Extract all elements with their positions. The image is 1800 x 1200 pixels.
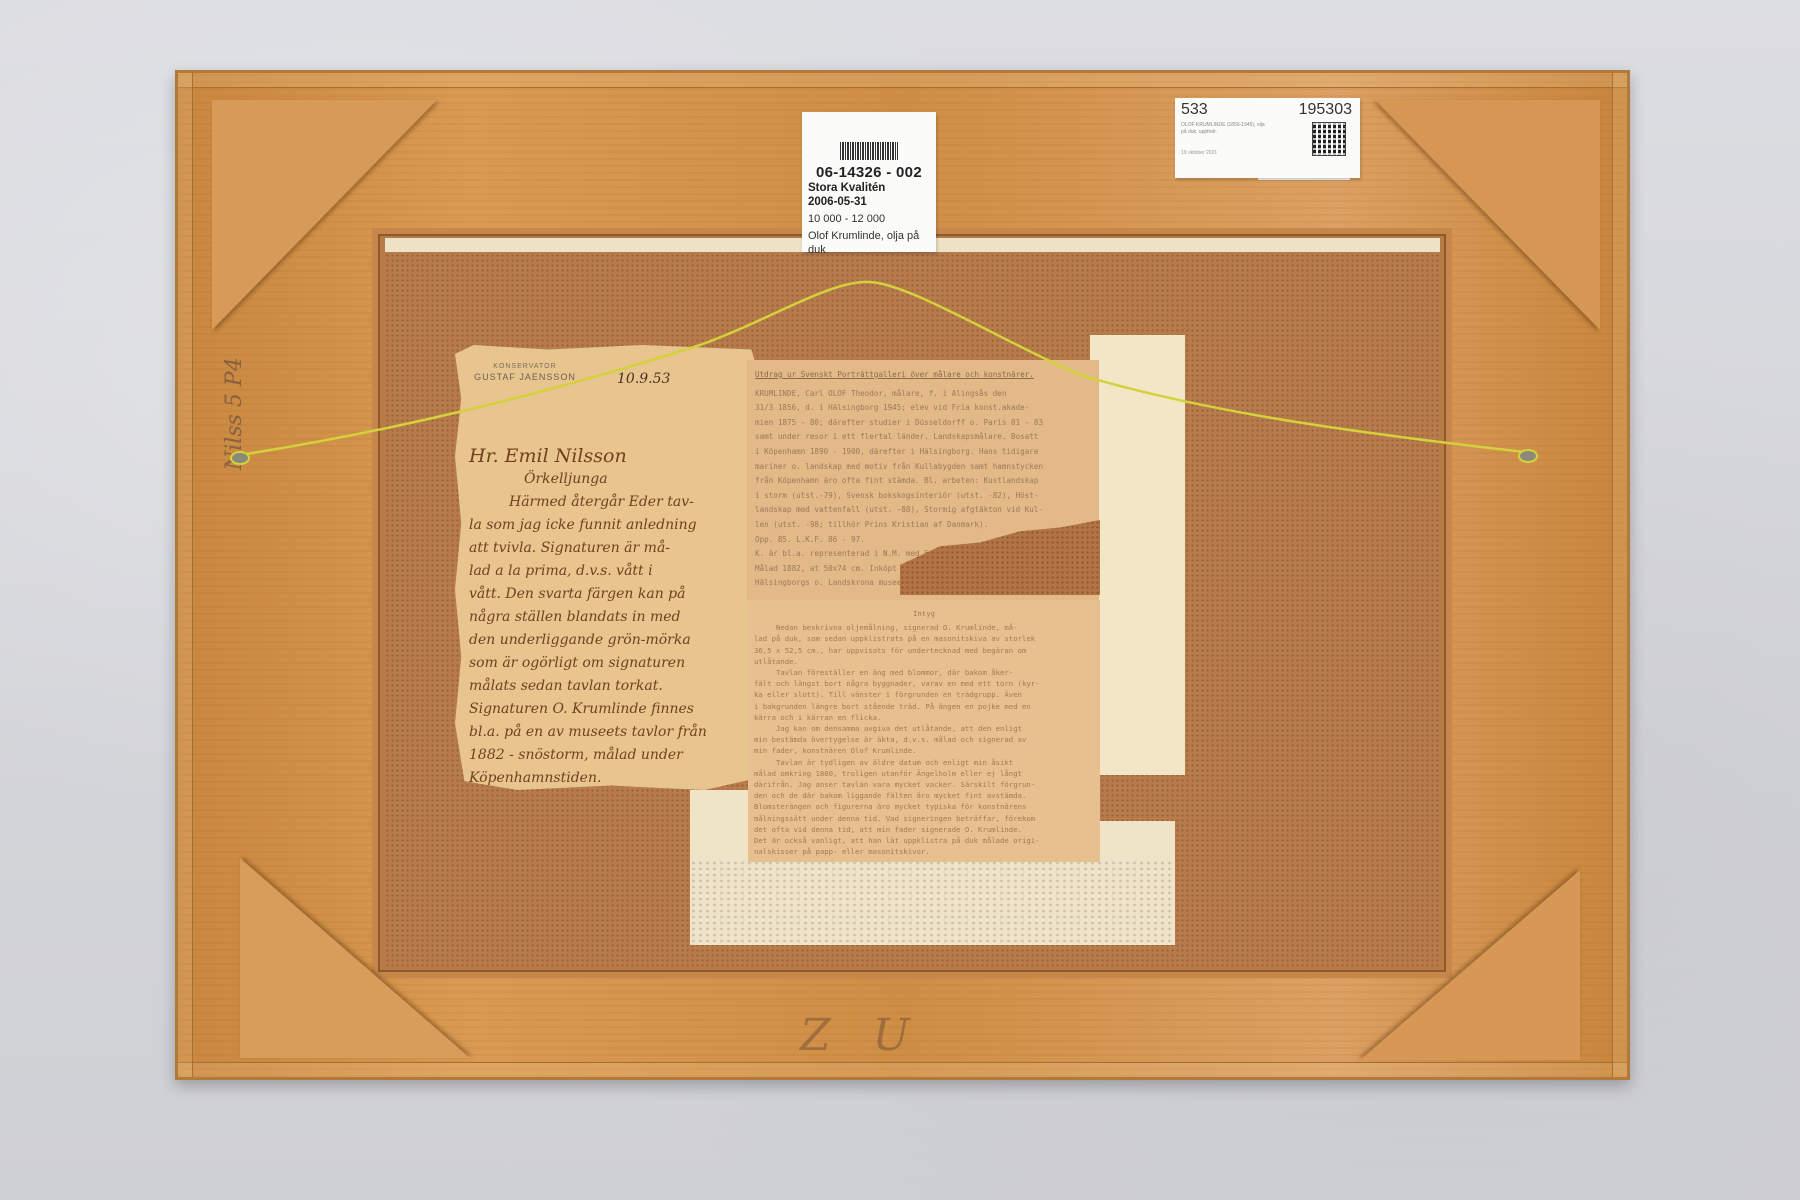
qr-code-icon [1312,122,1346,156]
certificate-line: min fader, konstnären Olof Krumlinde. [754,745,1094,756]
excerpt-line: i storm (utst.-79), Svensk bokskogsinter… [755,489,1091,504]
pencil-inscription-bottom: Z U [800,1010,924,1061]
certificate-line: Det är också vanligt, att han lät uppkli… [754,835,1094,846]
letter-body: Hr. Emil Nilsson Örkelljunga Härmed åter… [469,445,754,836]
excerpt-line: mariner o. landskap med motiv från Kulla… [755,460,1091,475]
certificate-line: Tavlan är tydligen av äldre datum och en… [754,757,1094,768]
certificate-title: Intyg [754,608,1094,619]
letter-salutation: Hr. Emil Nilsson [469,445,754,468]
letter-line: la som jag icke funnit anledning [469,514,754,537]
certificate-line: därifrån. Jag anser tavlan vara mycket v… [754,779,1094,790]
letter-line: den underliggande grön-mörka [469,629,754,652]
certificate-line: det ofta vid denna tid, att min fader si… [754,824,1094,835]
certificate-line: utlåtande. [754,656,1094,667]
letter-line: bl.a. på en av museets tavlor från [469,721,754,744]
letter-line: Härmed återgår Eder tav- [469,491,754,514]
frame-edge-bottom [178,1062,1627,1077]
barcode-icon [840,142,898,160]
excerpt-line: samt under resor i ett flertal länder. L… [755,430,1091,445]
certificate-line: min bestämda övertygelse är äkta, d.v.s.… [754,734,1094,745]
lot-description: Olof Krumlinde, olja på duk [808,229,930,257]
corner-brace-bottom-right [1360,870,1580,1060]
frame-edge-left [178,73,193,1077]
letter-date: 10.9.53 [617,371,670,387]
certificate-line: fält och längst bort några byggnader, va… [754,678,1094,689]
letter-place: Örkelljunga [469,468,754,491]
excerpt-line: från Köpenhamn äro ofta fint stämda. Bl.… [755,474,1091,489]
certificate-line: ka eller slott). Till vänster i förgrund… [754,689,1094,700]
certificate-line: Jag kan om densamma avgiva det utlåtande… [754,723,1094,734]
excerpt-line: KRUMLINDE, Carl OLOF Theodor, målare, f.… [755,387,1091,402]
letter-line: några ställen blandats in med [469,606,754,629]
catalog-label: 533 195303 OLOF KRUMLINDE (1856-1945), o… [1175,98,1360,178]
estimate: 10 000 - 12 000 [808,212,930,226]
catalog-description: OLOF KRUMLINDE (1856-1945), olja på duk,… [1181,122,1266,136]
frame-edge-right [1612,73,1627,1077]
typed-certificate: Intyg Nedan beskrivna oljemålning, signe… [748,600,1100,862]
certificate-line: nalskisser på papp- eller masonitskivor. [754,846,1094,857]
letter-line: målats sedan tavlan torkat. [469,675,754,698]
sale-date: 2006-05-31 [808,195,930,209]
corner-brace-bottom-left [240,858,470,1058]
letter-line: lad a la prima, d.v.s. vått i [469,560,754,583]
certificate-line: Tavlan föreställer en äng med blommor, d… [754,667,1094,678]
letter-line: Signaturen O. Krumlinde finnes [469,698,754,721]
corner-brace-top-left [212,100,437,330]
letter-line: 1882 - snöstorm, målad under [469,744,754,767]
excerpt-line: i Köpenhamn 1890 - 1900, därefter i Häls… [755,445,1091,460]
lot-number: 06-14326 - 002 [808,164,930,181]
letter-line: som är ogörligt om signaturen [469,652,754,675]
catalog-date: 19 oktober 2021 [1181,150,1217,156]
certificate-line: i bakgrunden längre bort stående träd. P… [754,701,1094,712]
catalog-number: 533 [1181,101,1208,119]
tape-strip-right [1090,335,1185,775]
certificate-line: målningssätt under denna tid. Vad signer… [754,813,1094,824]
catalog-id: 195303 [1299,101,1352,119]
certificate-line: målad omkring 1880, troligen utanför Äng… [754,768,1094,779]
letterhead-title: KONSERVATOR [455,363,595,370]
pencil-inscription-left: Nilss 5 P4 [222,357,247,470]
excerpt-line: landskap med vattenfall (utst. -88), Sto… [755,503,1091,518]
tape-stain [690,860,1175,945]
letter-line: att tvivla. Signaturen är må- [469,537,754,560]
letterhead-name: GUSTAF JAENSSON [455,372,595,382]
certificate-line: Blomsterängen och figurerna äro mycket t… [754,801,1094,812]
sale-name: Stora Kvalitén [808,181,930,195]
handwritten-letter: KONSERVATOR GUSTAF JAENSSON 10.9.53 Hr. … [455,345,767,790]
certificate-line: den och de där bakom liggande fälten äro… [754,790,1094,801]
auction-lot-label: 06-14326 - 002 Stora Kvalitén 2006-05-31… [802,112,936,252]
certificate-line: Nedan beskrivna oljemålning, signerad O.… [754,622,1094,633]
corner-brace-top-right [1375,100,1600,330]
certificate-line: kärra och i kärran en flicka. [754,712,1094,723]
excerpt-heading: Utdrag ur Svenskt Porträttgalleri över m… [755,368,1091,383]
certificate-line: 36,5 x 52,5 cm., har uppvisats för under… [754,645,1094,656]
excerpt-line: 31/3 1856, d. i Hälsingborg 1945; elev v… [755,401,1091,416]
letter-line: vått. Den svarta färgen kan på [469,583,754,606]
certificate-line: lad på duk, som sedan uppklistrats på en… [754,633,1094,644]
frame-edge-top [178,73,1627,88]
excerpt-line: mien 1875 - 80; därefter studier i Düsse… [755,416,1091,431]
